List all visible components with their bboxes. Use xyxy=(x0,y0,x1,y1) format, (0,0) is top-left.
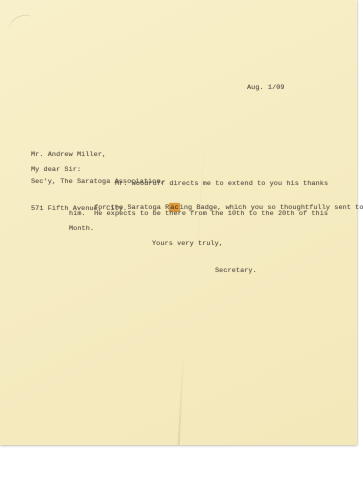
closing-line: Yours very truly, xyxy=(152,240,223,249)
scanned-letter-page: { "page": { "background_color": "#ffffff… xyxy=(0,0,363,500)
body-line-1: Mr. Woodruff directs me to extend to you… xyxy=(115,180,328,189)
salutation: My dear Sir: xyxy=(31,166,81,175)
paper-crease-topleft xyxy=(6,12,34,30)
signature-line: Secretary. xyxy=(215,267,257,276)
date-line: Aug. 1/09 xyxy=(247,84,285,93)
body-line-3: him. He expects to be there from the 10t… xyxy=(69,210,328,219)
body-line-4: Month. xyxy=(69,225,94,234)
address-line-name: Mr. Andrew Miller, xyxy=(31,151,165,160)
paper-crease-bottom xyxy=(178,355,185,445)
letter-paper: Aug. 1/09 Mr. Andrew Miller, Sec'y, The … xyxy=(0,0,357,445)
